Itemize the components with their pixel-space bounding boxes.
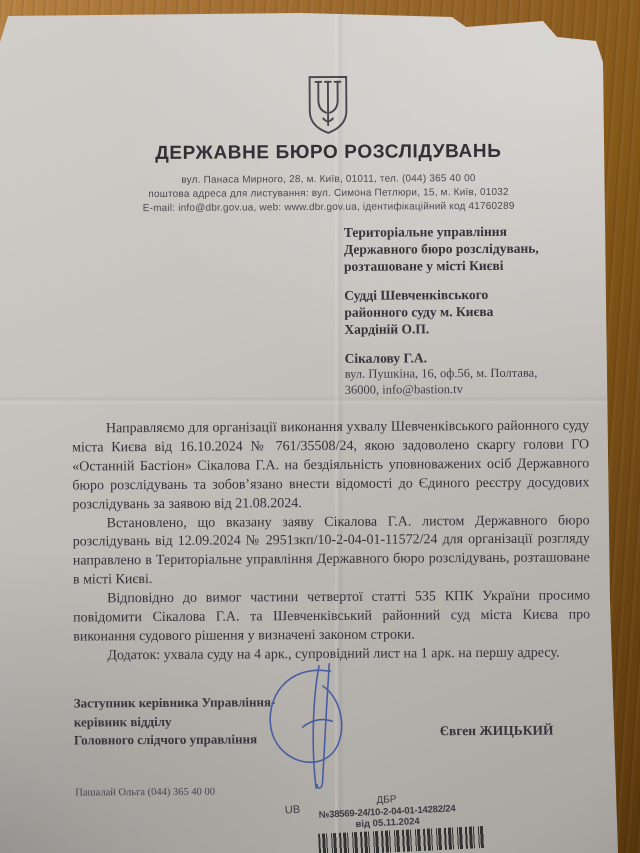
recipient-line: розташоване у місті Києві	[344, 256, 594, 275]
tryzub-emblem-icon	[302, 74, 354, 136]
org-name: ДЕРЖАВНЕ БЮРО РОЗСЛІДУВАНЬ	[28, 140, 628, 166]
handwritten-signature	[253, 662, 374, 793]
signer-position-line: керівник відділу	[74, 712, 276, 732]
recipient-sikalov: Сікалову Г.А. вул. Пушкіна, 16, оф.56, м…	[345, 348, 595, 398]
paragraph-2: Встановлено, що вказану заяву Сікалова Г…	[73, 512, 590, 591]
recipient-name: Сікалову Г.А.	[345, 348, 595, 367]
recipient-line: районного суду м. Києва	[344, 302, 594, 321]
paragraph-3: Відповідно до вимог частини четвертої ст…	[73, 588, 590, 648]
letterhead-address-line3: E-mail: info@dbr.gov.ua, web: www.dbr.go…	[29, 199, 629, 217]
signer-position-block: Заступник керівника Управління- керівник…	[74, 693, 276, 750]
recipient-territorial-office: Територіальне управління Державного бюро…	[344, 222, 594, 275]
letterhead-address: вул. Панаса Мирного, 28, м. Київ, 01011,…	[28, 171, 628, 217]
signer-position-line: Заступник керівника Управління-	[74, 693, 276, 713]
letter-body: Направляємо для організації виконання ух…	[72, 417, 590, 666]
recipient-address-line: вул. Пушкіна, 16, оф.56, м. Полтава,	[345, 365, 595, 382]
paragraph-1: Направляємо для організації виконання ух…	[72, 417, 590, 515]
recipient-address-line: 36000, info@bastion.tv	[345, 381, 595, 398]
signer-position-line: Головного слідчого управління	[74, 730, 276, 750]
signer-name: Євген ЖИЦЬКИЙ	[440, 723, 554, 740]
recipient-line: Судді Шевченківського	[344, 285, 594, 304]
executor-contact: Пашалай Ольга (044) 365 40 00	[75, 787, 215, 799]
recipient-line: Територіальне управління	[344, 222, 594, 241]
recipient-judge: Судді Шевченківського районного суду м. …	[344, 285, 594, 338]
letterhead: ДЕРЖАВНЕ БЮРО РОЗСЛІДУВАНЬ вул. Панаса М…	[28, 72, 629, 217]
document-content: ДЕРЖАВНЕ БЮРО РОЗСЛІДУВАНЬ вул. Панаса М…	[0, 0, 640, 853]
document-paper: ДЕРЖАВНЕ БЮРО РОЗСЛІДУВАНЬ вул. Панаса М…	[0, 0, 640, 853]
recipient-line: Державного бюро розслідувань,	[344, 239, 594, 258]
recipient-line: Хардіній О.П.	[344, 319, 594, 338]
photo-of-official-letter: ДЕРЖАВНЕ БЮРО РОЗСЛІДУВАНЬ вул. Панаса М…	[0, 0, 640, 853]
